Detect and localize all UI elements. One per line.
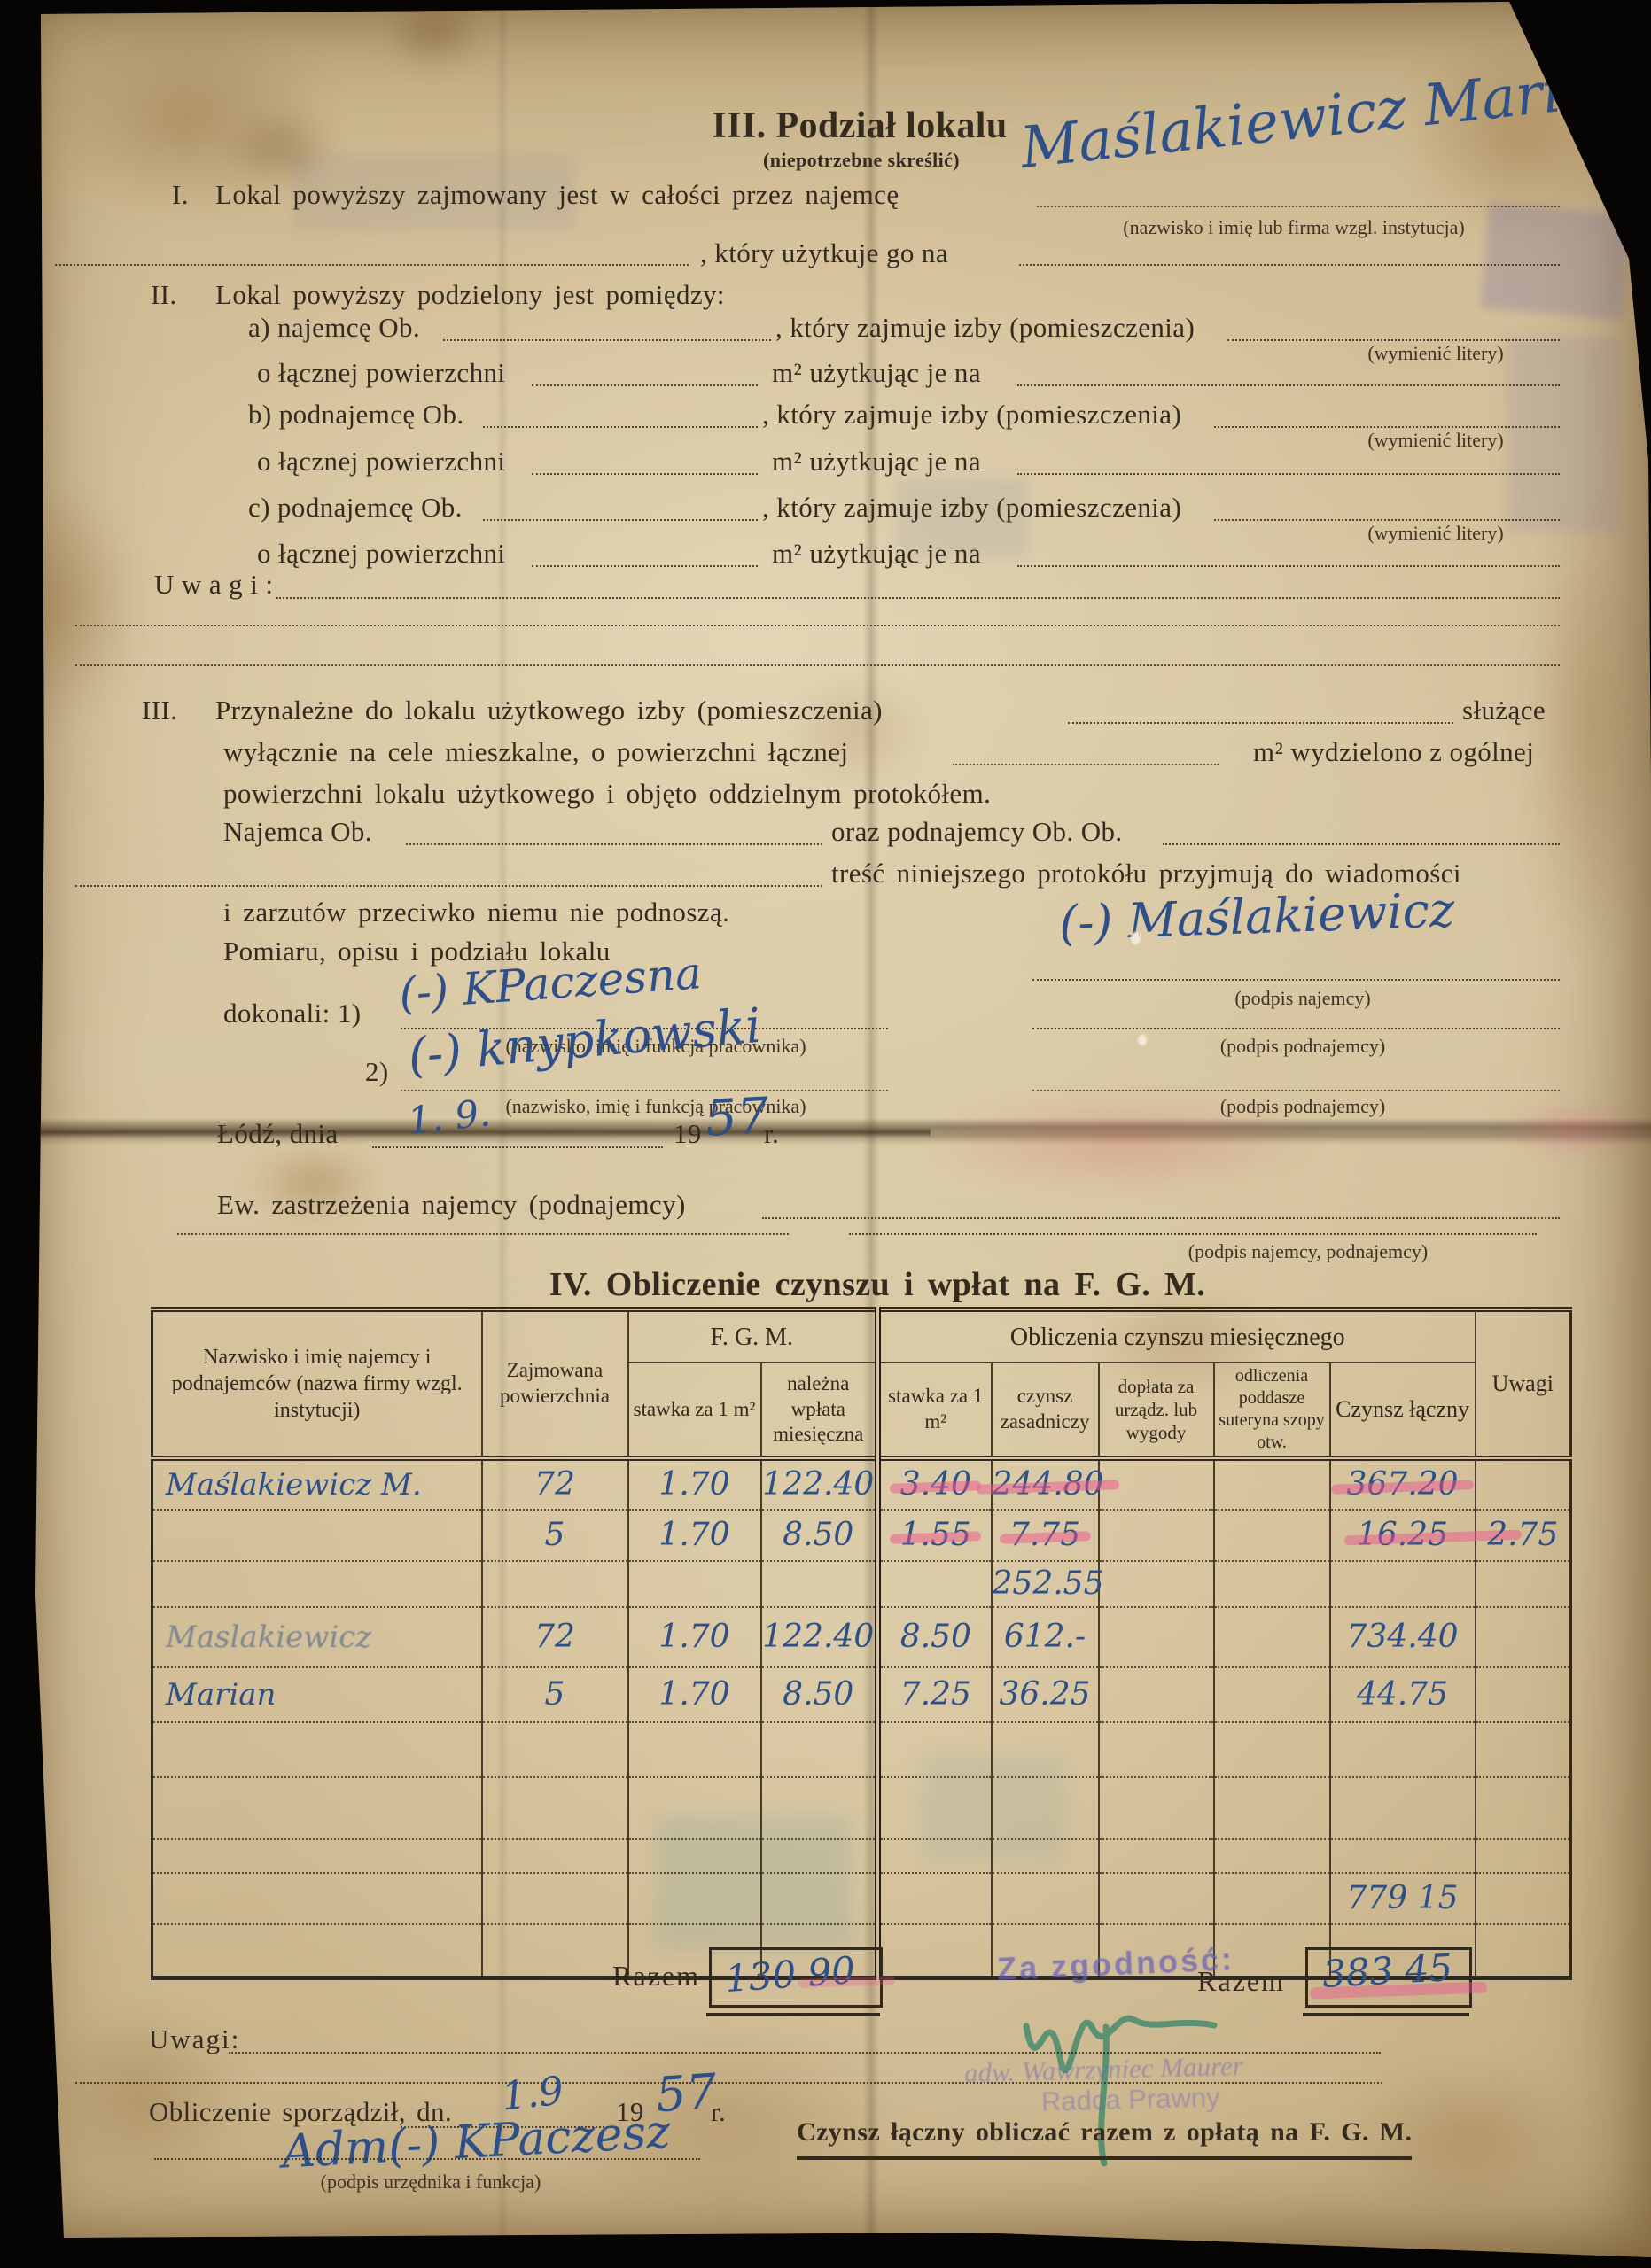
calc-cell-r8c8: [1214, 1839, 1330, 1873]
dotted-line: [762, 1217, 1560, 1219]
calc-cell-r6c8: [1214, 1722, 1330, 1777]
dokonali-label: dokonali: 1): [223, 998, 361, 1029]
calc-cell-r6c10: [1476, 1722, 1571, 1777]
calc-cell-r2c1: [152, 1510, 482, 1561]
dotted-line: [532, 384, 758, 386]
handwritten-value: 5: [545, 1519, 565, 1551]
calc-cell-r9c10: [1476, 1873, 1571, 1924]
handwritten-value: 8.50: [900, 1621, 971, 1653]
dotted-line: [1214, 426, 1560, 428]
zarzuty-text: i zarzutów przeciwko niemu nie podnoszą.: [223, 897, 729, 928]
calc-cell-r2c8: [1214, 1510, 1330, 1561]
calc-cell-r3c4: [761, 1561, 878, 1607]
bleedthrough-stamp: [1480, 202, 1631, 320]
calc-cell-r7c8: [1214, 1777, 1330, 1839]
bleedthrough-stamp: [1507, 337, 1622, 532]
calc-cell-r10c10: [1476, 1924, 1571, 1977]
calc-cell-r10c1: [152, 1924, 482, 1977]
item3-line2b: m² wydzielono z ogólnej: [1253, 736, 1534, 768]
dotted-line: [532, 565, 758, 567]
dotted-line: [276, 597, 1560, 599]
calc-cell-r4c5: 8.50: [878, 1607, 992, 1667]
stain: [0, 478, 142, 726]
item2b-label: b) podnajemcę Ob.: [248, 399, 464, 431]
prepared-day-handwritten: 1.9: [500, 2071, 565, 2117]
letters-hint-b: (wymienić litery): [1367, 429, 1503, 452]
calc-cell-r9c9: 779 15: [1330, 1873, 1476, 1924]
section3-title: III. Podział lokalu: [712, 105, 1007, 147]
calc-cell-r5c1: Marian: [152, 1667, 482, 1722]
calc-cell-r5c7: [1099, 1667, 1214, 1722]
calc-cell-r9c6: [992, 1873, 1099, 1924]
calc-cell-r7c9: [1330, 1777, 1476, 1839]
item3-line2a: wyłącznie na cele mieszkalne, o powierzc…: [223, 736, 848, 768]
paper-sheet: III. Podział lokalu (niepotrzebne skreśl…: [0, 0, 1651, 2268]
item2c-label: c) podnajemcę Ob.: [248, 492, 463, 524]
calc-cell-r1c1: Maślakiewicz M.: [152, 1458, 482, 1510]
calc-cell-r3c2: [482, 1561, 628, 1607]
item2b-text: , który zajmuje izby (pomieszczenia): [762, 399, 1181, 431]
rent-calculation-table: Nazwisko i imię najemcy i podnajemców (n…: [151, 1307, 1572, 1980]
calc-cell-r3c1: [152, 1561, 482, 1607]
dotted-line: [406, 843, 822, 845]
table-row: Maslakiewicz721.70122.408.50612.-734.40: [152, 1607, 1571, 1667]
dotted-line: [532, 473, 758, 475]
calc-cell-r5c8: [1214, 1667, 1330, 1722]
dotted-line: [75, 885, 822, 887]
tenant-name-handwritten: Maślakiewicz Marian: [1018, 57, 1633, 177]
dotted-line: [55, 264, 689, 266]
dotted-line: [849, 1233, 1537, 1235]
calc-cell-r8c2: [482, 1839, 628, 1873]
oraz-label: oraz podnajemcy Ob. Ob.: [831, 816, 1123, 848]
calc-cell-r8c1: [152, 1839, 482, 1873]
calc-cell-r9c8: [1214, 1873, 1330, 1924]
handwritten-value: 1.70: [658, 1621, 729, 1653]
dotted-line: [1068, 722, 1453, 724]
calc-cell-r6c9: [1330, 1722, 1476, 1777]
section4-title: IV. Obliczenie czynszu i wpłat na F. G. …: [549, 1265, 1205, 1304]
dotted-line: [1032, 1028, 1560, 1029]
calc-cell-r5c10: [1476, 1667, 1571, 1722]
item-2-number: 2): [365, 1056, 389, 1088]
calc-cell-r3c5: [878, 1561, 992, 1607]
razem-left-label: Razem: [572, 1960, 700, 1992]
item2-text: Lokal powyższy podzielony jest pomiędzy:: [215, 279, 725, 311]
calc-cell-r1c3: 1.70: [628, 1458, 761, 1510]
dotted-line: [1017, 565, 1560, 567]
calc-cell-r2c3: 1.70: [628, 1510, 761, 1561]
handwritten-value: 779 15: [1347, 1883, 1459, 1915]
handwritten-value: 122.40: [762, 1469, 874, 1501]
razem-total-box-underline: [1303, 2013, 1469, 2016]
calc-cell-r2c2: 5: [482, 1510, 628, 1561]
handwritten-value: 7.25: [900, 1679, 971, 1711]
calc-cell-r6c6: [992, 1722, 1099, 1777]
handwritten-value: 122.40: [762, 1621, 874, 1653]
calc-cell-r8c4: [761, 1839, 878, 1873]
dotted-line: [1214, 519, 1560, 521]
dotted-line: [1037, 206, 1560, 207]
table-row: 252.55: [152, 1561, 1571, 1607]
dotted-line: [953, 764, 1219, 765]
item1-text: Lokal powyższy zajmowany jest w całości …: [215, 179, 899, 211]
r-label: r.: [764, 1118, 779, 1150]
area-cont-c: m² użytkując je na: [772, 538, 981, 570]
both-signatures-hint: (podpis najemcy, podnajemcy): [1188, 1240, 1428, 1263]
handwritten-value: 72: [534, 1469, 575, 1501]
calc-cell-r4c4: 122.40: [761, 1607, 878, 1667]
dotted-line: [1163, 843, 1560, 845]
handwritten-value: 36.25: [999, 1679, 1090, 1711]
calc-cell-r4c6: 612.-: [992, 1607, 1099, 1667]
calc-cell-r2c5: 1.55: [878, 1510, 992, 1561]
scanned-form-page: III. Podział lokalu (niepotrzebne skreśl…: [0, 0, 1651, 2268]
calc-cell-r5c4: 8.50: [761, 1667, 878, 1722]
handwritten-value: Maslakiewicz: [166, 1622, 371, 1652]
dotted-line: [1032, 1090, 1560, 1091]
calc-cell-r1c6: 244.80: [992, 1458, 1099, 1510]
calc-cell-r9c7: [1099, 1873, 1214, 1924]
table-row: 51.708.501.557.7516.252.75: [152, 1510, 1571, 1561]
calc-cell-r8c5: [878, 1839, 992, 1873]
handwritten-value: 612.-: [1004, 1621, 1086, 1653]
header-area: Zajmowana powierzchnia: [482, 1309, 628, 1458]
calc-cell-r3c10: [1476, 1561, 1571, 1607]
calc-cell-r4c1: Maslakiewicz: [152, 1607, 482, 1667]
header-deductions: odliczenia poddasze suteryna szopy otw.: [1214, 1363, 1330, 1458]
calc-cell-r6c2: [482, 1722, 628, 1777]
subtenant-signature-hint-1: (podpis podnajemcy): [1220, 1035, 1385, 1058]
calc-cell-r3c7: [1099, 1561, 1214, 1607]
calc-cell-r9c4: [761, 1873, 878, 1924]
handwritten-value: 1.55: [900, 1519, 971, 1551]
header-group-fgm: F. G. M.: [628, 1309, 878, 1363]
item2a-label: a) najemcę Ob.: [248, 312, 420, 344]
table-row: [152, 1777, 1571, 1839]
table-row: Maślakiewicz M.721.70122.403.40244.80367…: [152, 1458, 1571, 1510]
header-total-rent: Czynsz łączny: [1330, 1363, 1476, 1458]
dotted-line: [443, 339, 771, 341]
calc-cell-r1c5: 3.40: [878, 1458, 992, 1510]
item1-hint: (nazwisko i imię lub firma wzgl. instytu…: [1123, 216, 1465, 239]
date-day-handwritten: 1. 9.: [406, 1094, 492, 1140]
handwritten-value: 8.50: [783, 1519, 853, 1551]
handwritten-value: 3.40: [900, 1469, 971, 1501]
area-cont-a: m² użytkując je na: [772, 357, 981, 389]
calc-cell-r5c6: 36.25: [992, 1667, 1099, 1722]
item3-line1b: służące: [1462, 695, 1546, 726]
header-fgm-rate: stawka za 1 m²: [628, 1363, 761, 1458]
item3-roman: III.: [142, 695, 177, 726]
dotted-line: [1019, 264, 1560, 266]
paper-hole: [1138, 1035, 1147, 1045]
year-handwritten: 57: [705, 1091, 770, 1145]
calc-cell-r5c5: 7.25: [878, 1667, 992, 1722]
handwritten-value: 734.40: [1347, 1621, 1459, 1653]
calc-cell-r5c2: 5: [482, 1667, 628, 1722]
table-row: 779 15: [152, 1873, 1571, 1924]
calc-cell-r4c2: 72: [482, 1607, 628, 1667]
calc-cell-r7c2: [482, 1777, 628, 1839]
area-label-b: o łącznej powierzchni: [257, 446, 505, 478]
calc-cell-r4c9: 734.40: [1330, 1607, 1476, 1667]
calc-cell-r3c8: [1214, 1561, 1330, 1607]
handwritten-value: 1.70: [658, 1469, 729, 1501]
dotted-line: [1032, 979, 1560, 981]
item2-roman: II.: [151, 279, 177, 311]
calc-cell-r7c3: [628, 1777, 761, 1839]
calc-cell-r4c3: 1.70: [628, 1607, 761, 1667]
header-base-rent: czynsz zasadniczy: [992, 1363, 1099, 1458]
dotted-line: [1017, 384, 1560, 386]
stain: [222, 106, 337, 190]
calc-cell-r6c1: [152, 1722, 482, 1777]
calc-cell-r4c8: [1214, 1607, 1330, 1667]
handwritten-value: 44.75: [1357, 1679, 1448, 1711]
uwagi2-label: Uwagi:: [149, 2023, 240, 2055]
table-row: [152, 1722, 1571, 1777]
calc-cell-r5c9: 44.75: [1330, 1667, 1476, 1722]
dotted-line: [1017, 473, 1560, 475]
letters-hint-c: (wymienić litery): [1367, 522, 1503, 545]
dotted-line: [154, 2158, 700, 2160]
handwritten-value: Maślakiewicz M.: [166, 1470, 422, 1500]
table-row: Marian51.708.507.2536.2544.75: [152, 1667, 1571, 1722]
handwritten-value: 5: [545, 1679, 565, 1711]
calc-cell-r6c3: [628, 1722, 761, 1777]
item3-line3: powierzchni lokalu użytkowego i objęto o…: [223, 778, 991, 810]
calc-cell-r4c7: [1099, 1607, 1214, 1667]
area-label-c: o łącznej powierzchni: [257, 538, 505, 570]
calc-cell-r1c9: 367.20: [1330, 1458, 1476, 1510]
dotted-line: [75, 625, 1560, 626]
handwritten-value: Marian: [166, 1680, 276, 1710]
calc-cell-r4c10: [1476, 1607, 1571, 1667]
calc-cell-r8c10: [1476, 1839, 1571, 1873]
area-label-a: o łącznej powierzchni: [257, 357, 505, 389]
handwritten-value: 1.70: [658, 1519, 729, 1551]
calc-cell-r2c9: 16.25: [1330, 1510, 1476, 1561]
dotted-line: [229, 2052, 1381, 2054]
item2c-text: , który zajmuje izby (pomieszczenia): [762, 492, 1181, 524]
item3-line1a: Przynależne do lokalu użytkowego izby (p…: [215, 695, 883, 726]
calc-cell-r7c6: [992, 1777, 1099, 1839]
footer-note: Czynsz łączny obliczać razem z opłatą na…: [797, 2117, 1412, 2160]
year-printed: 19: [674, 1118, 702, 1150]
handwritten-value: 8.50: [783, 1679, 853, 1711]
calc-cell-r2c4: 8.50: [761, 1510, 878, 1561]
calc-cell-r7c1: [152, 1777, 482, 1839]
calc-cell-r9c3: [628, 1873, 761, 1924]
item2a-text: , który zajmuje izby (pomieszczenia): [775, 312, 1195, 344]
razem-fgm-value: 130 90: [724, 1952, 857, 1998]
calc-cell-r2c10: 2.75: [1476, 1510, 1571, 1561]
dotted-line: [483, 519, 758, 521]
uwagi-label: U w a g i :: [154, 569, 273, 601]
handwritten-value: 16.25: [1357, 1519, 1448, 1551]
dotted-line: [75, 664, 1560, 666]
calc-cell-r6c4: [761, 1722, 878, 1777]
handwritten-value: 7.75: [1009, 1519, 1080, 1551]
calc-cell-r2c6: 7.75: [992, 1510, 1099, 1561]
header-fgm-due: należna wpłata miesięczna: [761, 1363, 878, 1458]
dotted-line: [372, 1146, 663, 1148]
dotted-line: [1227, 339, 1560, 341]
calc-cell-r9c5: [878, 1873, 992, 1924]
calc-cell-r8c6: [992, 1839, 1099, 1873]
stain: [780, 673, 931, 788]
calc-cell-r7c10: [1476, 1777, 1571, 1839]
handwritten-value: 1.70: [658, 1679, 729, 1711]
letters-hint-a: (wymienić litery): [1367, 342, 1503, 365]
calc-cell-r5c3: 1.70: [628, 1667, 761, 1722]
tenant-signature-handwritten: (-) Maślakiewicz: [1058, 886, 1455, 948]
counsel-stamp-role: Radca Prawny: [1041, 2081, 1220, 2117]
handwritten-value: 244.80: [993, 1469, 1104, 1501]
prepared-r-label: r.: [711, 2096, 726, 2128]
calc-cell-r3c3: [628, 1561, 761, 1607]
calc-cell-r8c9: [1330, 1839, 1476, 1873]
calc-cell-r6c7: [1099, 1722, 1214, 1777]
calc-cell-r1c2: 72: [482, 1458, 628, 1510]
header-notes: Uwagi: [1476, 1309, 1571, 1458]
dotted-line: [401, 1090, 888, 1091]
header-extra: dopłata za urządz. lub wygody: [1099, 1363, 1214, 1458]
dotted-line: [177, 1233, 789, 1235]
subtenant-signature-hint-2: (podpis podnajemcy): [1220, 1095, 1385, 1118]
clerk-signature-hint: (podpis urzędnika i funkcja): [321, 2171, 541, 2194]
calc-cell-r7c4: [761, 1777, 878, 1839]
calc-cell-r9c2: [482, 1873, 628, 1924]
calc-cell-r7c5: [878, 1777, 992, 1839]
calc-cell-r6c5: [878, 1722, 992, 1777]
calc-cell-r2c7: [1099, 1510, 1214, 1561]
paper-hole: [1131, 932, 1141, 944]
header-group-calc: Obliczenia czynszu miesięcznego: [878, 1309, 1476, 1363]
dotted-line: [75, 2082, 1382, 2084]
stain: [381, 0, 487, 71]
dotted-line: [483, 426, 758, 428]
calc-cell-r3c9: [1330, 1561, 1476, 1607]
header-rate: stawka za 1 m²: [878, 1363, 992, 1458]
section3-subtitle: (niepotrzebne skreślić): [763, 149, 960, 172]
handwritten-value: 2.75: [1487, 1519, 1558, 1551]
calc-cell-r9c1: [152, 1873, 482, 1924]
item1-roman: I.: [172, 179, 189, 211]
calc-cell-r3c6: 252.55: [992, 1561, 1099, 1607]
handwritten-value: 367.20: [1347, 1469, 1459, 1501]
calc-cell-r1c7: [1099, 1458, 1214, 1510]
razem-fgm-box-underline: [706, 2013, 880, 2016]
najemca-label: Najemca Ob.: [223, 816, 372, 848]
header-name: Nazwisko i imię najemcy i podnajemców (n…: [152, 1309, 482, 1458]
area-cont-b: m² użytkując je na: [772, 446, 981, 478]
calc-cell-r1c4: 122.40: [761, 1458, 878, 1510]
calc-cell-r1c8: [1214, 1458, 1330, 1510]
calc-cell-r8c7: [1099, 1839, 1214, 1873]
handwritten-value: 252.55: [993, 1568, 1104, 1600]
table-row: [152, 1839, 1571, 1873]
city-date-label: Łódź, dnia: [217, 1118, 339, 1150]
calc-cell-r8c3: [628, 1839, 761, 1873]
handwritten-value: 72: [534, 1621, 575, 1653]
calc-cell-r1c10: [1476, 1458, 1571, 1510]
ew-label: Ew. zastrzeżenia najemcy (podnajemcy): [217, 1189, 686, 1221]
calc-table-body: Maślakiewicz M.721.70122.403.40244.80367…: [152, 1458, 1571, 1977]
calc-cell-r10c5: [878, 1924, 992, 1977]
calc-cell-r7c7: [1099, 1777, 1214, 1839]
tenant-signature-hint: (podpis najemcy): [1234, 987, 1370, 1010]
item1-cont: , który użytkuje go na: [700, 237, 948, 269]
